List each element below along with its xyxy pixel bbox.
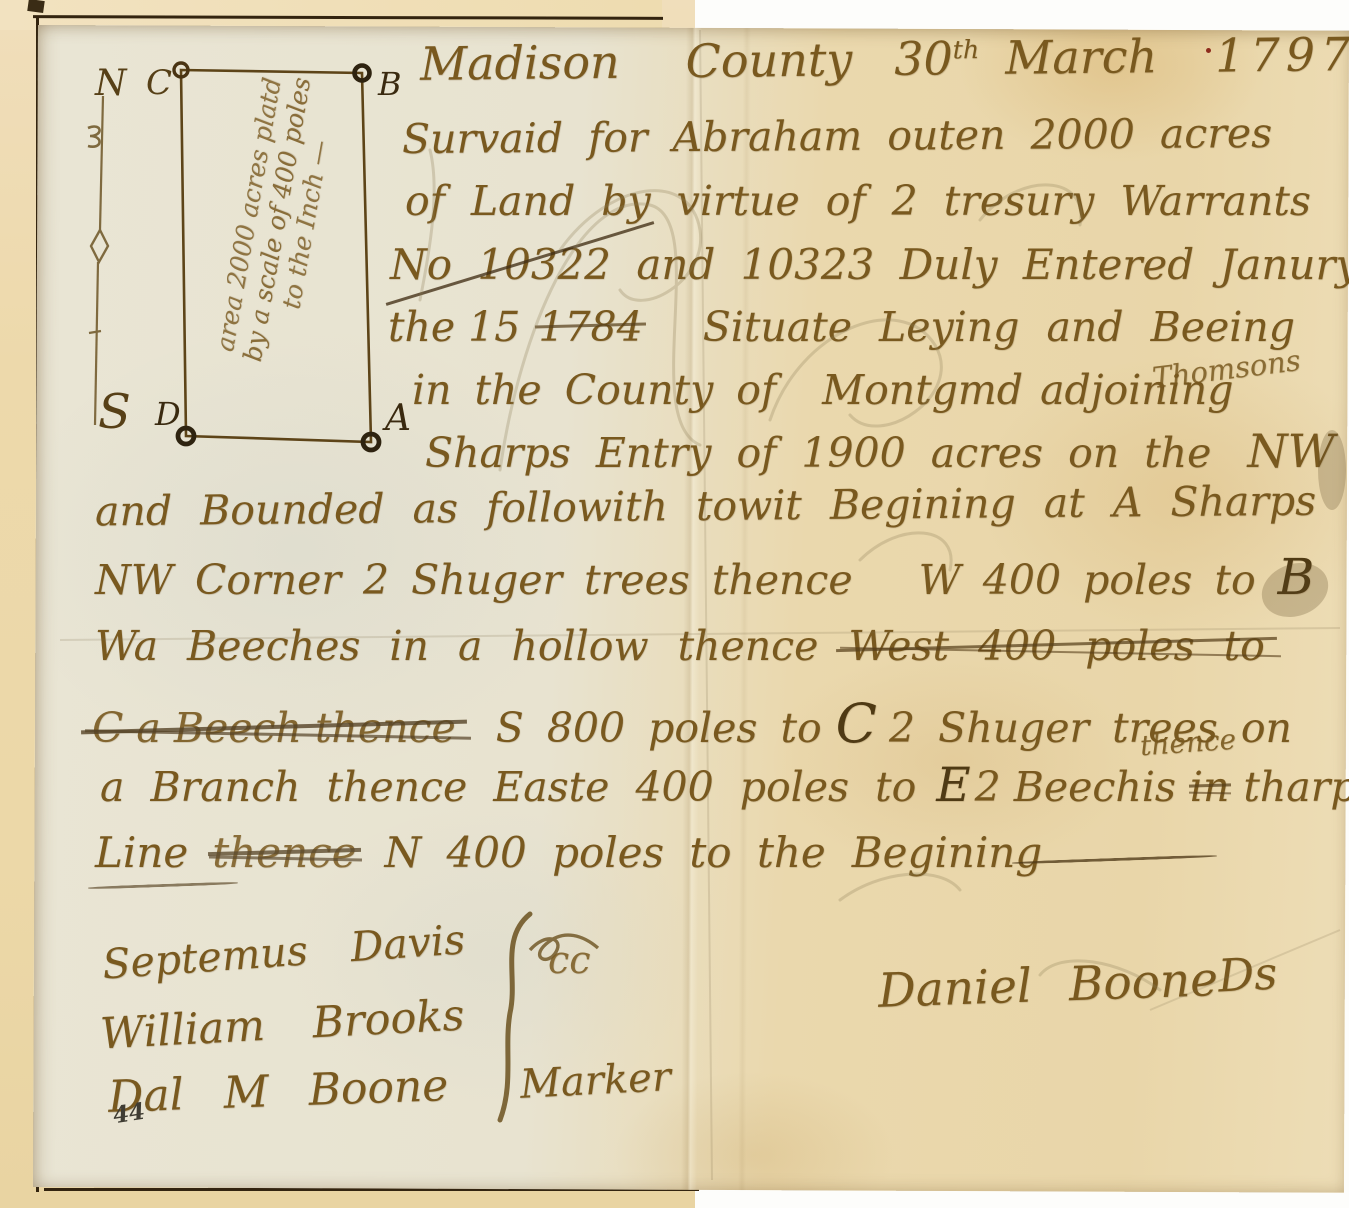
heading-place: Madison xyxy=(420,35,620,91)
line6-in-the-county: in the County of xyxy=(412,366,776,414)
line5-the-15: the 15 xyxy=(388,303,520,351)
line9-b: B xyxy=(1278,548,1315,606)
photo-corner-mark xyxy=(27,0,45,13)
line10-beeches-hollow: Wa Beeches in a hollow thence xyxy=(95,622,818,670)
surveyor-title-ds: Ds xyxy=(1217,946,1279,1002)
page-number: 44 xyxy=(111,1098,147,1130)
heading-ordinal: th xyxy=(953,35,980,64)
line9-nw-corner: NW Corner 2 Shuger trees thence xyxy=(95,556,853,604)
line13-line: Line xyxy=(95,828,188,877)
line11-s800: S 800 poles to xyxy=(496,704,822,752)
body-line-10: Wa Beeches in a hollow thenceWest 400 po… xyxy=(95,622,1265,670)
heading-line: MadisonCounty30thMarch1797 xyxy=(420,27,1349,91)
body-line-12: a Branch thence Easte 400 poles toE2 Bee… xyxy=(100,758,1349,813)
heading-year: 1797 xyxy=(1215,27,1349,82)
heading-day: 30 xyxy=(894,31,953,86)
line13-struck-thence: thence xyxy=(212,828,356,877)
line12-branch-easte: a Branch thence Easte 400 poles to xyxy=(100,763,916,811)
line5-situate: Situate Leying and Beeing xyxy=(703,303,1295,351)
line11-struck-beech-thence: C a Beech thence xyxy=(92,704,456,752)
body-line-3: of Land by virtue of 2 tresury Warrants xyxy=(405,177,1311,225)
body-line-5: the 151784Situate Leying and Beeing xyxy=(388,303,1295,351)
line10-struck-west400: West 400 poles to xyxy=(848,622,1264,670)
line12-beechis: 2 Beechis xyxy=(975,763,1176,811)
line12-insert-thence: thence xyxy=(1139,723,1237,763)
body-line-4: No 10322 and 10323 Duly Entered Janury xyxy=(390,240,1349,289)
line12-struck-in: in xyxy=(1190,763,1230,811)
line13-n400: N 400 poles to the xyxy=(384,828,825,877)
survey-document-scan: N C B S D A area 2000 acres platd by a s… xyxy=(0,0,1349,1208)
line9-w400: W 400 poles to xyxy=(919,556,1256,604)
line11-c: C xyxy=(836,692,877,755)
line5-1784-struck: 1784 xyxy=(538,303,642,351)
heading-month: March xyxy=(1005,29,1157,85)
role-cc-label: cc xyxy=(548,938,591,982)
red-ink-speck xyxy=(1206,48,1211,53)
line12-e: E xyxy=(936,758,970,813)
body-line-2: Survaid for Abraham outen 2000 acres xyxy=(402,109,1273,163)
body-line-11: C a Beech thenceS 800 poles toC2 Shuger … xyxy=(92,692,1292,755)
line7-nw: NW xyxy=(1247,424,1335,478)
line13-begining: Begining xyxy=(852,828,1042,877)
line7-sharps-entry: Sharps Entry of 1900 acres on the xyxy=(425,429,1211,477)
body-line-7: Sharps Entry of 1900 acres on theNW xyxy=(425,424,1335,478)
heading-county-word: County xyxy=(685,32,852,88)
body-line-13: LinethenceN 400 poles to theBegining xyxy=(95,828,1042,877)
body-line-6: in the County ofMontgmd adjoining xyxy=(412,366,1233,414)
role-marker-label: Marker xyxy=(519,1054,672,1108)
line12-tharps: tharps xyxy=(1243,763,1349,811)
body-line-9: NW Corner 2 Shuger trees thenceW 400 pol… xyxy=(95,548,1314,606)
